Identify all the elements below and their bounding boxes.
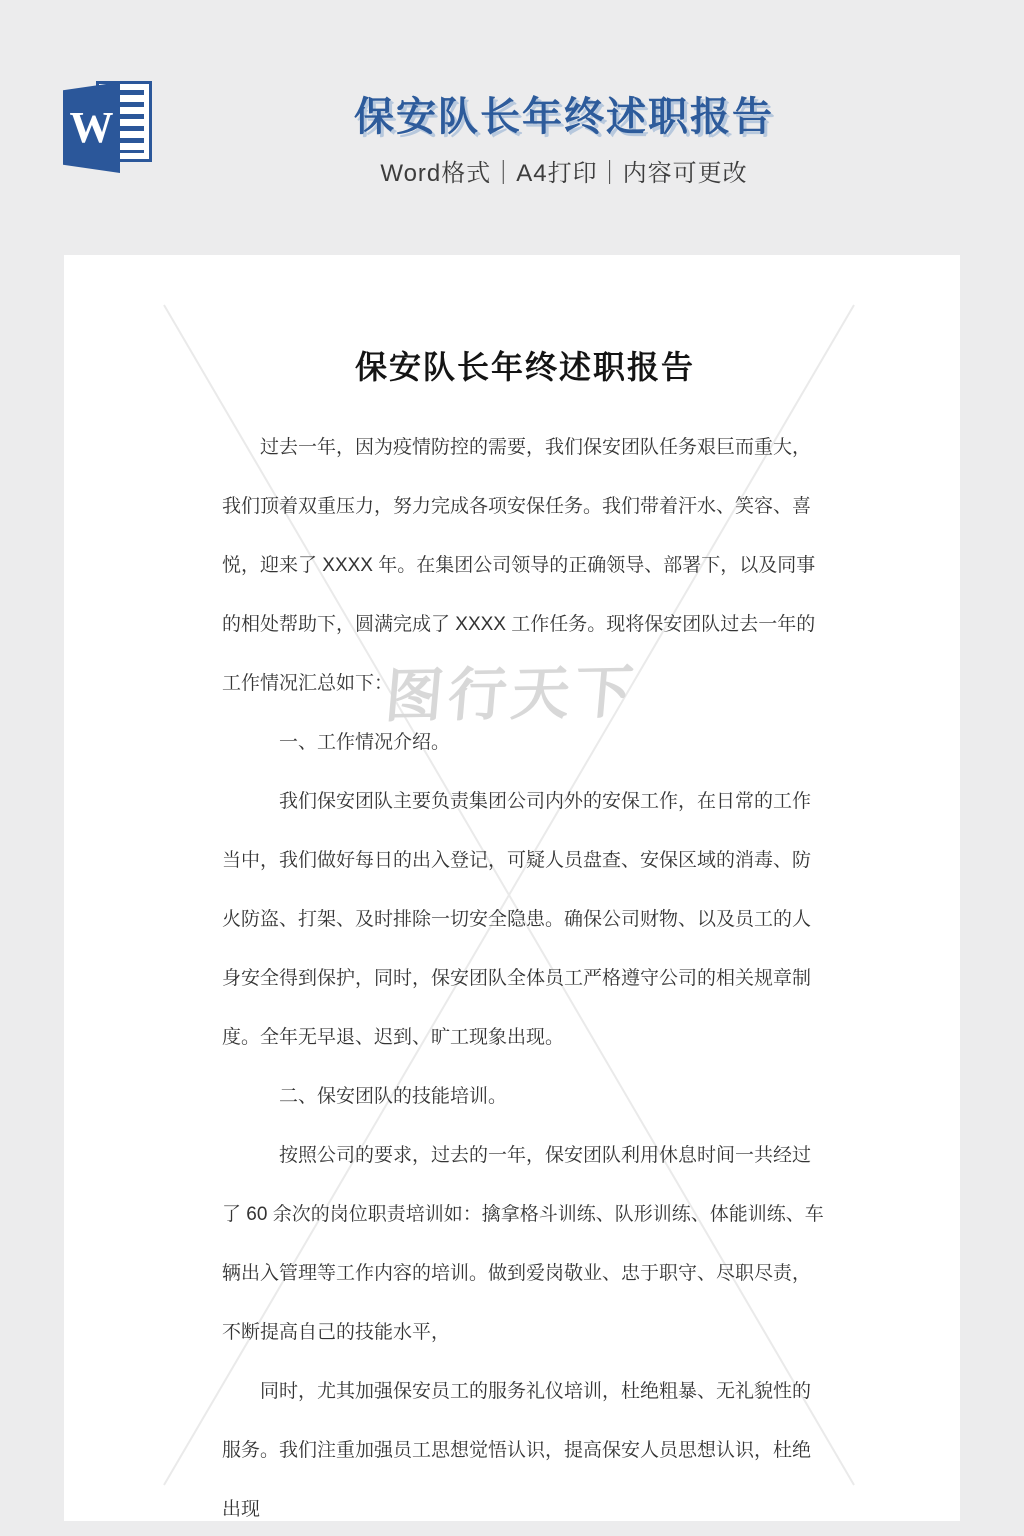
document-title: 保安队长年终述职报告 — [222, 348, 828, 386]
page: W 保安队长年终述职报告 Word格式｜A4打印｜内容可更改 图行天下 保安队长… — [0, 0, 1024, 1536]
header-text-block: 保安队长年终述职报告 Word格式｜A4打印｜内容可更改 — [104, 94, 1024, 188]
template-subtitle: Word格式｜A4打印｜内容可更改 — [104, 153, 1024, 188]
paragraph-section-2: 按照公司的要求，过去的一年，保安团队利用休息时间一共经过了 60 余次的岗位职责… — [222, 1126, 828, 1362]
paragraph-section-2-continued: 同时，尤其加强保安员工的服务礼仪培训，杜绝粗暴、无礼貌性的服务。我们注重加强员工… — [222, 1362, 828, 1521]
paragraph-intro: 过去一年，因为疫情防控的需要，我们保安团队任务艰巨而重大，我们顶着双重压力，努力… — [222, 418, 828, 713]
template-title: 保安队长年终述职报告 — [104, 94, 1024, 140]
template-header: W 保安队长年终述职报告 Word格式｜A4打印｜内容可更改 — [0, 0, 1024, 255]
paragraph-section-1: 我们保安团队主要负责集团公司内外的安保工作，在日常的工作当中，我们做好每日的出入… — [222, 772, 828, 1067]
document-page: 图行天下 保安队长年终述职报告 过去一年，因为疫情防控的需要，我们保安团队任务艰… — [64, 255, 960, 1521]
section-heading-2: 二、保安团队的技能培训。 — [222, 1067, 828, 1126]
section-heading-1: 一、工作情况介绍。 — [222, 713, 828, 772]
